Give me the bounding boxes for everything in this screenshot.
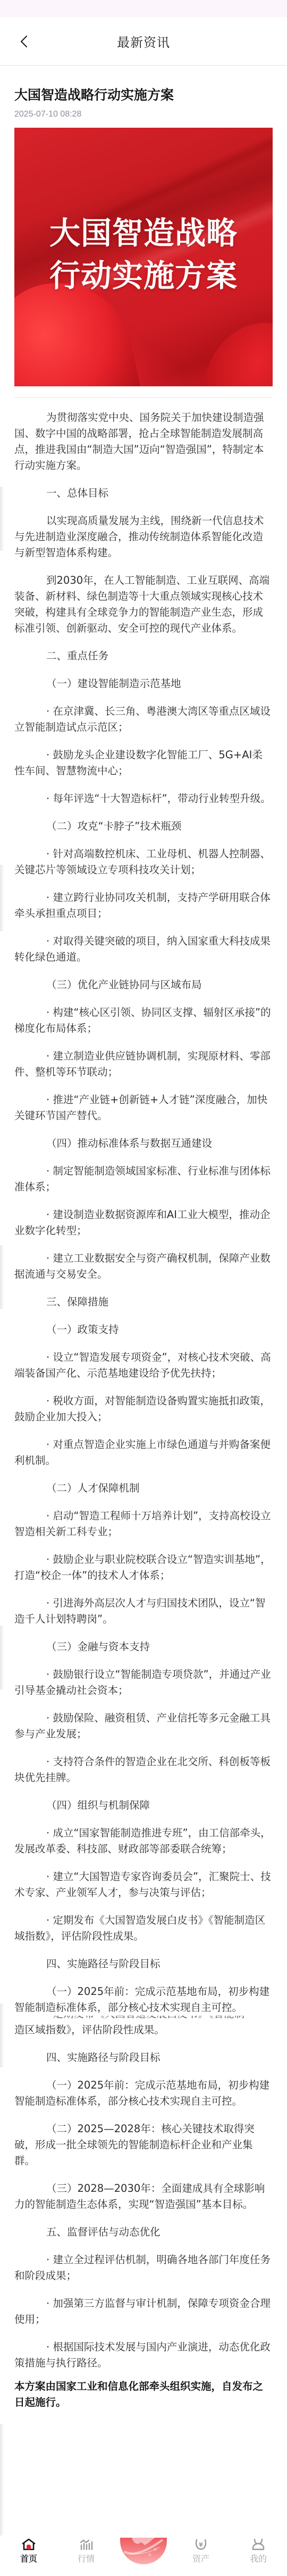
tab-profile-label: 我的 — [250, 2554, 267, 2564]
list-item: · 建立工业数据安全与资产确权机制，保障产业数据流通与交易安全。 — [14, 1250, 273, 1282]
subsection-heading: （三）金融与资本支持 — [14, 1639, 273, 1655]
section-heading: 一、总体目标 — [14, 485, 273, 501]
status-bar — [0, 0, 287, 17]
back-button[interactable] — [18, 34, 31, 49]
seam-fragment: · 定期发布《大国智造发展白皮书》《智能制 — [14, 2016, 273, 2022]
list-item: · 鼓励银行设立“智能制造专项贷款”，并通过产业引导基金撬动社会资本； — [14, 1667, 273, 1699]
article: 大国智造战略行动实施方案 2025-07-10 08:28 大国智造战略 行动实… — [0, 86, 287, 2411]
list-item: · 定期发布《大国智造发展白皮书》《智能制造区域指数》，评估阶段性成果。 — [14, 1912, 273, 1944]
profile-icon — [250, 2539, 266, 2550]
subsection-heading: （四）组织与机制保障 — [14, 1798, 273, 1813]
list-item: · 构建“核心区引领、协同区支撑、辐射区承接”的梯度化布局体系； — [14, 1005, 273, 1037]
list-item: · 制定智能制造领域国家标准、行业标准与团体标准体系； — [14, 1163, 273, 1195]
list-item: · 每年评选“十大智造标杆”，带动行业转型升级。 — [14, 791, 273, 807]
list-item: · 对取得关键突破的项目，纳入国家重大科技成果转化绿色通道。 — [14, 933, 273, 965]
list-item: · 鼓励企业与职业院校联合设立“智造实训基地”，打造“校企一体”的技术人才体系； — [14, 1552, 273, 1584]
home-icon — [21, 2539, 37, 2550]
paragraph: 以实现高质量发展为主线，围绕新一代信息技术与先进制造业深度融合，推动传统制造体系… — [14, 513, 273, 561]
market-chart-icon — [78, 2539, 94, 2550]
stage-item: （二）2025—2028年：核心关键技术取得突破，形成一批全球领先的智能制造标杆… — [14, 2121, 273, 2169]
page-title: 最新资讯 — [117, 32, 170, 51]
stage-item: （一）2025年前：完成示范基地布局，初步构建智能制造标准体系，部分核心技术实现… — [14, 2077, 273, 2109]
subsection-heading: （一）建设智能制造示范基地 — [14, 676, 273, 692]
section-heading: 三、保障措施 — [14, 1294, 273, 1310]
list-item: · 鼓励保险、融资租赁、产业信托等多元金融工具参与产业发展； — [14, 1710, 273, 1742]
tab-home[interactable]: 首页 — [0, 2538, 57, 2564]
tab-assets-label: 资产 — [192, 2554, 209, 2564]
tab-assets[interactable]: ¥ 资产 — [172, 2538, 230, 2564]
list-item: · 鼓励龙头企业建设数字化智能工厂、5G+AI柔性车间、智慧物流中心； — [14, 747, 273, 779]
assets-yuan-icon: ¥ — [193, 2539, 209, 2550]
stage-item: （三）2028—2030年：全面建成具有全球影响力的智能制造生态体系，实现“智造… — [14, 2181, 273, 2213]
article-date: 2025-07-10 08:28 — [14, 109, 273, 120]
section-heading: 四、实施路径与阶段目标 — [14, 2050, 273, 2066]
banner-line-2: 行动实施方案 — [14, 254, 273, 297]
chevron-left-icon — [18, 34, 31, 49]
list-item: · 建立“大国智造专家咨询委员会”，汇聚院士、技术专家、产业领军人才，参与决策与… — [14, 1869, 273, 1901]
list-item: · 加强第三方监督与审计机制，保障专项资金合理使用； — [14, 2296, 273, 2327]
list-item: · 建设制造业数据资源库和AI工业大模型，推动企业数字化转型； — [14, 1207, 273, 1239]
tab-market[interactable]: 行情 — [57, 2538, 115, 2564]
globe-icon — [120, 2538, 167, 2564]
subsection-heading: （一）政策支持 — [14, 1322, 273, 1338]
top-nav-bar: 最新资讯 — [0, 17, 287, 66]
paragraph-continuation: 造区域指数》，评估阶段性成果。 — [14, 2022, 273, 2038]
article-title: 大国智造战略行动实施方案 — [14, 86, 273, 104]
banner-line-1: 大国智造战略 — [14, 212, 273, 254]
tab-profile[interactable]: 我的 — [230, 2538, 287, 2564]
list-item: · 建立全过程评估机制，明确各地各部门年度任务和阶段成果； — [14, 2252, 273, 2284]
paragraph: 到2030年，在人工智能制造、工业互联网、高端装备、新材料、绿色制造等十大重点领… — [14, 573, 273, 636]
svg-text:¥: ¥ — [199, 2541, 203, 2548]
section-heading: 二、重点任务 — [14, 648, 273, 664]
banner-headline: 大国智造战略 行动实施方案 — [14, 212, 273, 297]
list-item: · 推进“产业链+创新链+人才链”深度融合，加快关键环节国产替代。 — [14, 1092, 273, 1124]
tab-center-globe[interactable] — [115, 2538, 172, 2564]
subsection-heading: （二）人才保障机制 — [14, 1480, 273, 1496]
list-item: · 设立“智造发展专项资金”，对核心技术突破、高端装备国产化、示范基地建设给予优… — [14, 1349, 273, 1381]
list-item: · 引进海外高层次人才与归国技术团队，设立“智造千人计划特聘岗”。 — [14, 1595, 273, 1627]
paragraph-intro: 为贯彻落实党中央、国务院关于加快建设制造强国、数字中国的战略部署，抢占全球智能制… — [14, 410, 273, 474]
tab-market-label: 行情 — [78, 2554, 95, 2564]
banner-silk-fold-right — [193, 307, 273, 386]
list-item: · 税收方面，对智能制造设备购置实施抵扣政策，鼓励企业加大投入； — [14, 1393, 273, 1425]
list-item: · 支持符合条件的智造企业在北交所、科创板等板块优先挂牌。 — [14, 1754, 273, 1786]
article-banner-image: 大国智造战略 行动实施方案 — [14, 128, 273, 386]
article-body: 为贯彻落实党中央、国务院关于加快建设制造强国、数字中国的战略部署，抢占全球智能制… — [14, 398, 273, 2411]
section-heading: 四、实施路径与阶段目标 — [14, 1956, 273, 1972]
list-item: · 成立“国家智能制造推进专班”，由工信部牵头，发展改革委、科技部、财政部等部委… — [14, 1825, 273, 1857]
closing-statement: 本方案由国家工业和信息化部牵头组织实施，自发布之日起施行。 — [14, 2379, 273, 2411]
stage-item: （一）2025年前：完成示范基地布局，初步构建智能制造标准体系，部分核心技术实现… — [14, 1984, 273, 2016]
list-item: · 根据国际技术发展与国内产业演进，动态优化政策措施与执行路径。 — [14, 2339, 273, 2371]
list-item: · 建立制造业供应链协调机制，实现原材料、零部件、整机等环节联动； — [14, 1048, 273, 1080]
edge-shadow — [0, 2424, 4, 2536]
list-item: · 在京津冀、长三角、粤港澳大湾区等重点区域设立智能制造试点示范区； — [14, 703, 273, 735]
bottom-tab-bar: 首页 行情 ¥ — [0, 2538, 287, 2576]
list-item: · 针对高端数控机床、工业母机、机器人控制器、关键芯片等领域设立专项科技攻关计划… — [14, 846, 273, 878]
subsection-heading: （三）优化产业链协同与区域布局 — [14, 977, 273, 993]
list-item: · 启动“智造工程师十万培养计划”，支持高校设立智造相关新工科专业； — [14, 1508, 273, 1540]
scroll-seam: · 定期发布《大国智造发展白皮书》《智能制 — [14, 2016, 273, 2022]
list-item: · 对重点智造企业实施上市绿色通道与并购备案便利机制。 — [14, 1437, 273, 1469]
section-heading: 五、监督评估与动态优化 — [14, 2224, 273, 2240]
subsection-heading: （四）推动标准体系与数据互通建设 — [14, 1136, 273, 1152]
tab-home-label: 首页 — [20, 2554, 37, 2564]
subsection-heading: （二）攻克“卡脖子”技术瓶颈 — [14, 818, 273, 834]
list-item: · 建立跨行业协同攻关机制，支持产学研用联合体牵头承担重点项目； — [14, 890, 273, 922]
